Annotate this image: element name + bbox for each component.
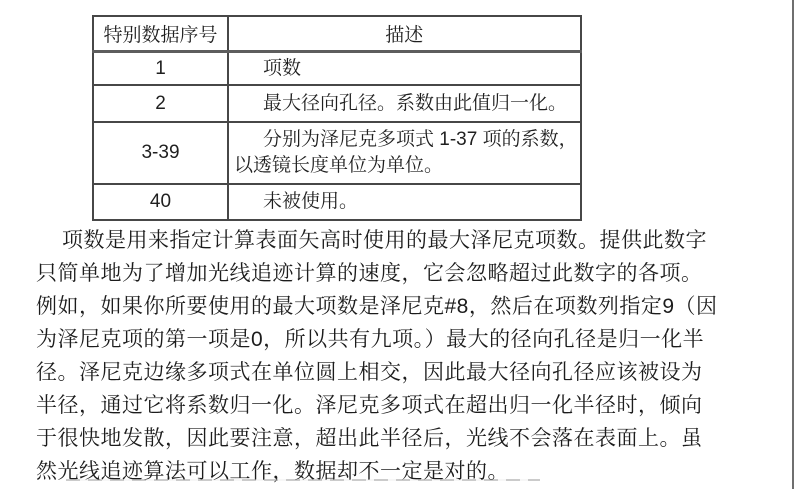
row-id-cell: 40 xyxy=(93,184,228,220)
row-id-cell: 3-39 xyxy=(93,122,228,184)
paragraph-line: 半径，通过它将系数归一化。泽尼克多项式在超出归一化半径时，倾向 xyxy=(36,389,756,422)
bottom-faint-scan-line xyxy=(66,479,540,481)
paragraph-line: 于很快地发散，因此要注意，超出此半径后，光线不会落在表面上。虽 xyxy=(36,422,756,455)
table-row: 40 未被使用。 xyxy=(93,184,581,220)
special-data-table: 特别数据序号 描述 1 项数 2 最大径向孔径。系数由此值归一化。 3-39 分… xyxy=(92,15,582,221)
row-id-cell: 2 xyxy=(93,85,228,122)
paragraph-line: 项数是用来指定计算表面矢高时使用的最大泽尼克项数。提供此数字 xyxy=(36,224,756,257)
row-desc-cell: 最大径向孔径。系数由此值归一化。 xyxy=(228,85,581,122)
desc-line: 以透镜长度单位为单位。 xyxy=(234,153,578,179)
row-id-cell: 1 xyxy=(93,52,228,86)
column-header-description: 描述 xyxy=(228,16,581,52)
paragraph-line: 然光线追迹算法可以工作，数据却不一定是对的。 xyxy=(36,455,756,488)
page-right-edge-line xyxy=(792,0,794,489)
column-header-special-data-number: 特别数据序号 xyxy=(93,16,228,52)
table-header-row: 特别数据序号 描述 xyxy=(93,16,581,52)
paragraph-line: 径。泽尼克边缘多项式在单位圆上相交，因此最大径向孔径应该被设为 xyxy=(36,356,756,389)
desc-line: 项数 xyxy=(234,56,578,82)
document-page: 特别数据序号 描述 1 项数 2 最大径向孔径。系数由此值归一化。 3-39 分… xyxy=(0,0,800,489)
row-desc-cell: 项数 xyxy=(228,52,581,86)
row-desc-cell: 未被使用。 xyxy=(228,184,581,220)
desc-line: 最大径向孔径。系数由此值归一化。 xyxy=(234,91,578,117)
desc-line: 未被使用。 xyxy=(234,189,578,215)
table-row: 2 最大径向孔径。系数由此值归一化。 xyxy=(93,85,581,122)
table-row: 3-39 分别为泽尼克多项式 1-37 项的系数， 以透镜长度单位为单位。 xyxy=(93,122,581,184)
paragraph-line: 为泽尼克项的第一项是0，所以共有九项。）最大的径向孔径是归一化半 xyxy=(36,323,756,356)
table-row: 1 项数 xyxy=(93,52,581,86)
row-desc-cell: 分别为泽尼克多项式 1-37 项的系数， 以透镜长度单位为单位。 xyxy=(228,122,581,184)
paragraph-line: 例如，如果你所要使用的最大项数是泽尼克#8，然后在项数列指定9（因 xyxy=(36,290,756,323)
paragraph-line: 只简单地为了增加光线追迹计算的速度，它会忽略超过此数字的各项。 xyxy=(36,257,756,290)
desc-line: 分别为泽尼克多项式 1-37 项的系数， xyxy=(234,127,578,153)
body-paragraph: 项数是用来指定计算表面矢高时使用的最大泽尼克项数。提供此数字 只简单地为了增加光… xyxy=(36,224,756,488)
